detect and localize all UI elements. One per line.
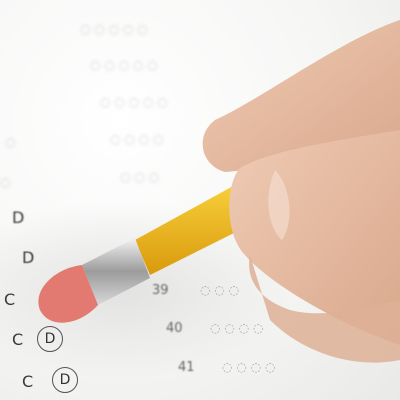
photo-scene: ◌ ◌ ◌ ◌ ◌ ◌ ◌ ◌ ◌ ◌ ◌ ◌ ◌ ◌ ◌ ◌ ◌ ◌ ◌ ◌ … (0, 0, 400, 400)
pencil-icon (38, 185, 250, 323)
hand (203, 20, 400, 363)
hand-with-pencil (0, 0, 400, 400)
